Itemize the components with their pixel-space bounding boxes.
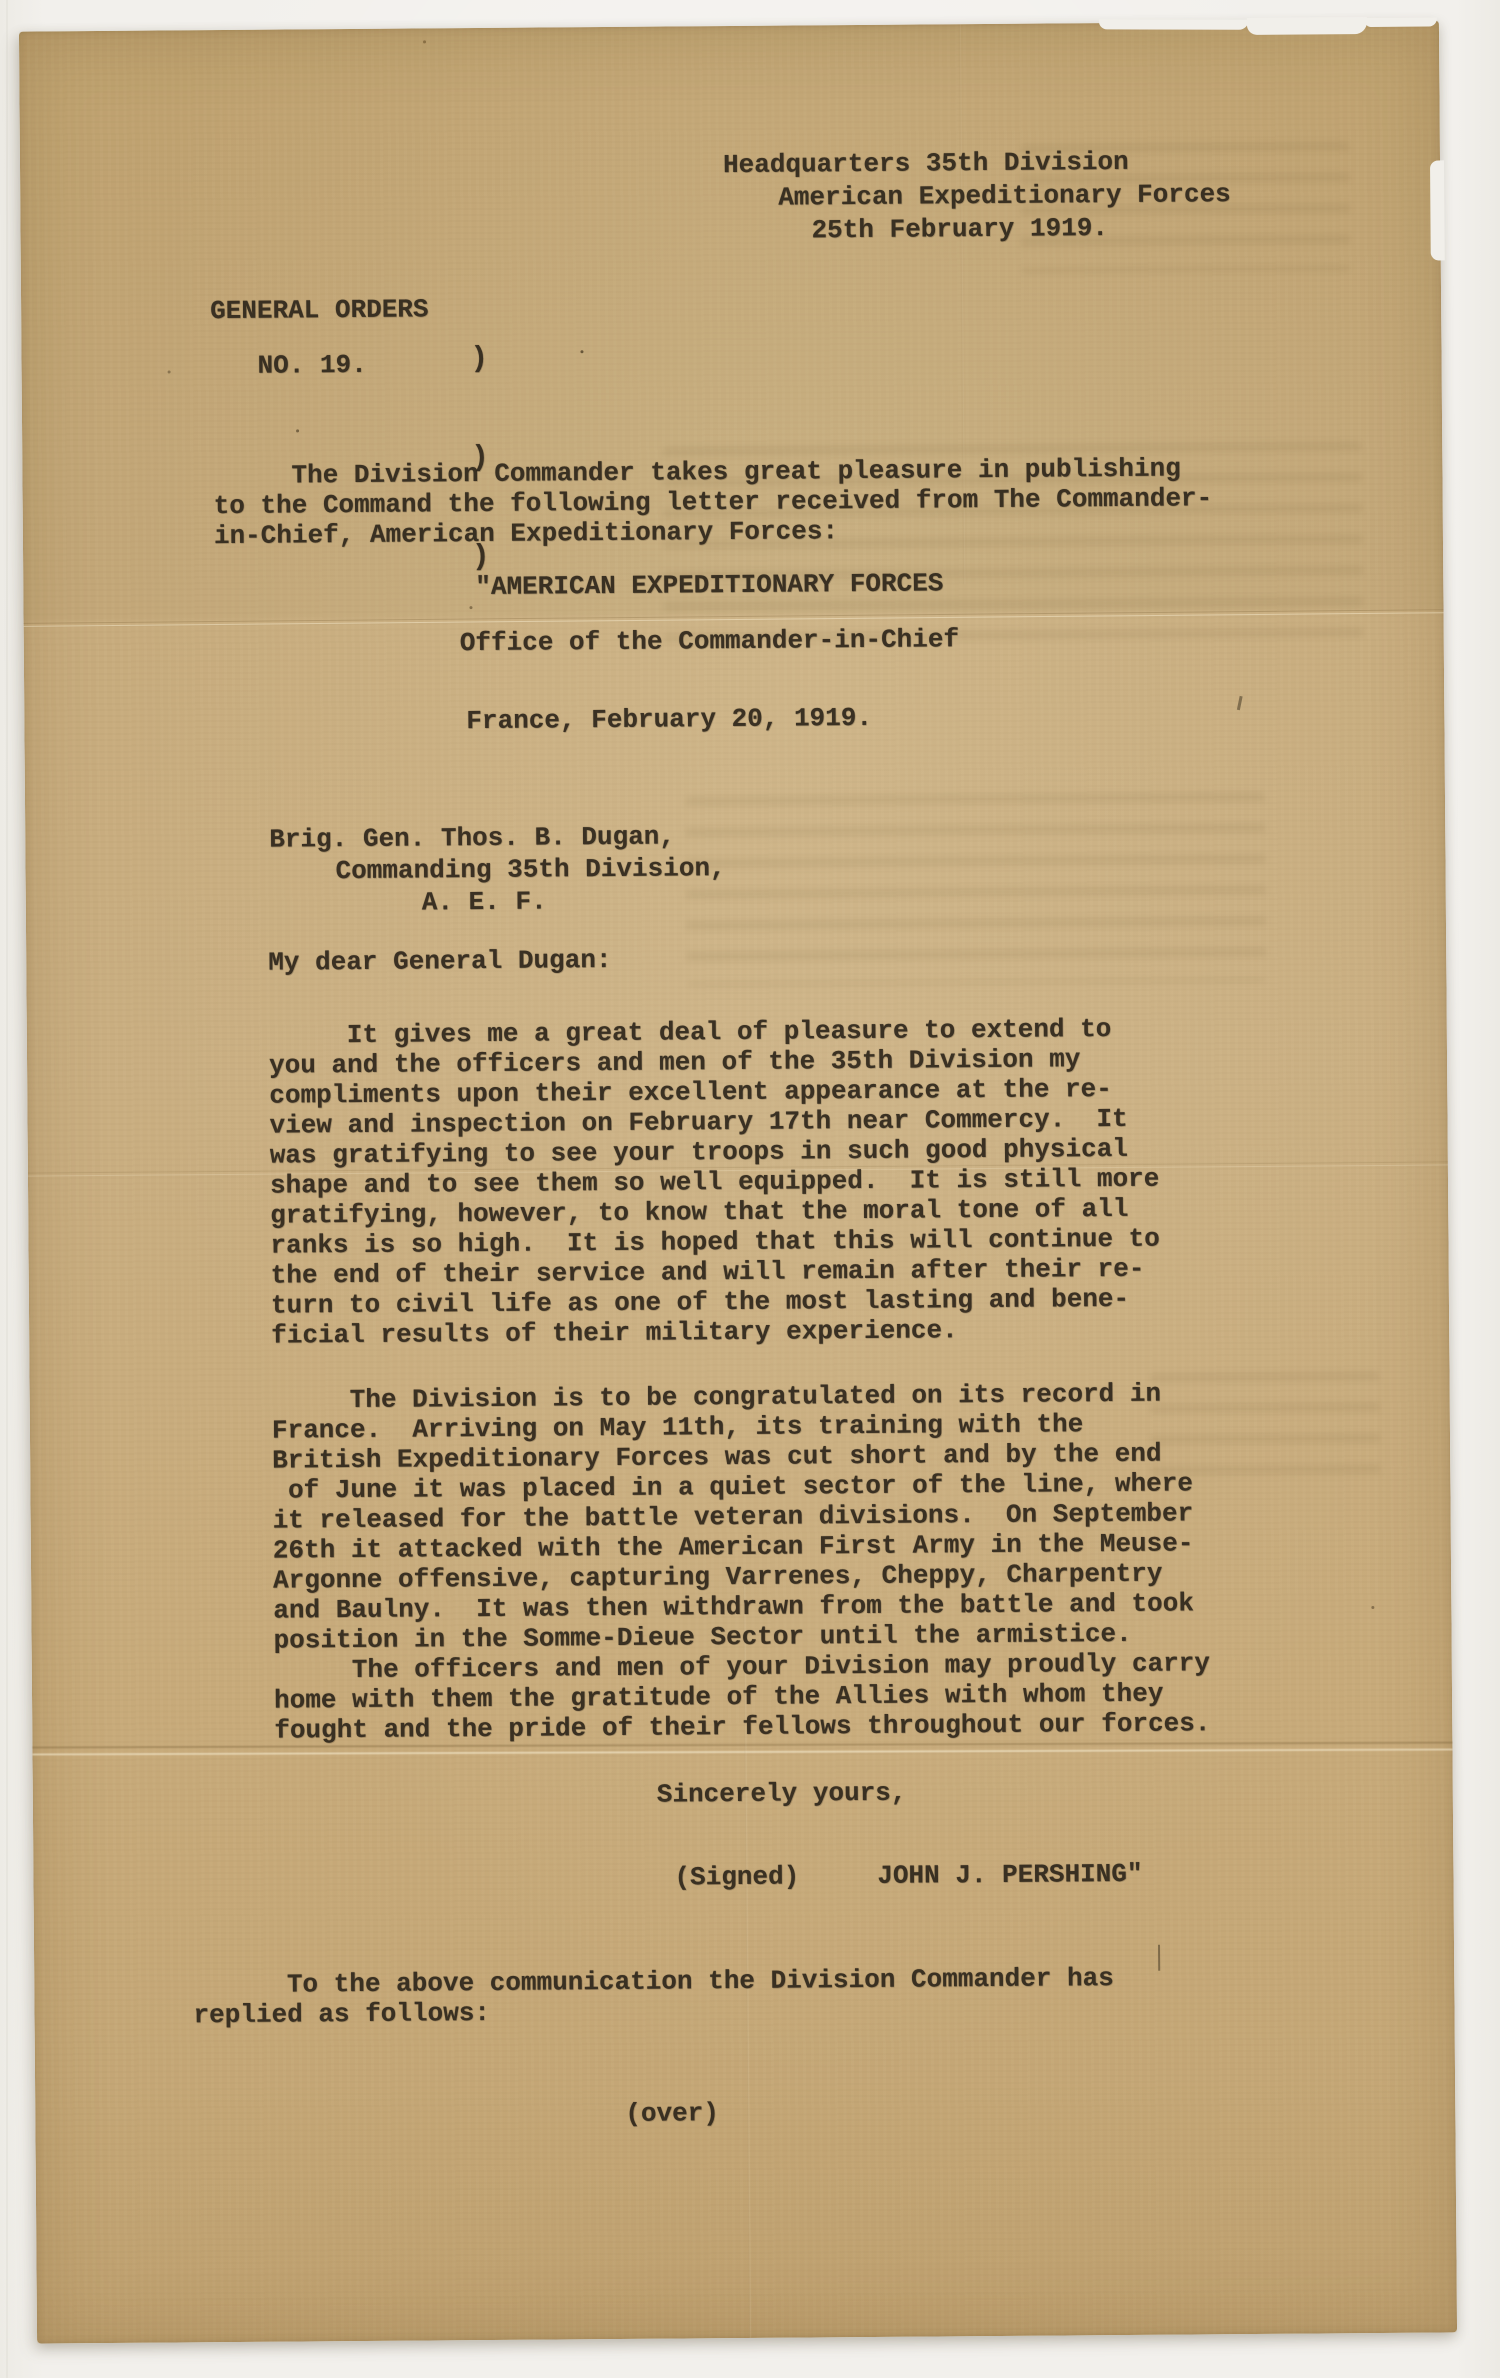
scanned-document-scene: Headquarters 35th Division American Expe… — [0, 0, 1500, 2378]
general-orders-label: GENERAL ORDERS — [210, 294, 429, 326]
brace-glyph: ) — [470, 341, 575, 375]
letter-paragraph-1: It gives me a great deal of pleasure to … — [269, 1014, 1161, 1351]
letter-dateline: France, February 20, 1919. — [466, 703, 872, 736]
over-note: (over) — [625, 2098, 719, 2129]
letter-office-line: Office of the Commander-in-Chief — [460, 624, 960, 658]
order-number: NO. 19. — [257, 350, 366, 381]
stray-ink-mark — [1158, 1945, 1160, 1971]
address-line-2: Commanding 35th Division, — [335, 853, 725, 886]
signature-line: (Signed) JOHN J. PERSHING" — [674, 1859, 1142, 1893]
torn-edge-notch — [1365, 17, 1437, 27]
postscript-paragraph: To the above communication the Division … — [193, 1963, 1114, 2030]
letter-paragraph-2: The Division is to be congratulated on i… — [272, 1378, 1195, 1655]
fold-crease — [24, 609, 1444, 627]
torn-edge-notch — [1430, 160, 1445, 260]
paper-tone-bottom — [35, 2070, 1457, 2343]
salutation: My dear General Dugan: — [268, 945, 611, 978]
letter-paragraph-3: The officers and men of your Division ma… — [274, 1648, 1211, 1745]
closing: Sincerely yours, — [657, 1778, 907, 1810]
document-page: Headquarters 35th Division American Expe… — [19, 20, 1457, 2343]
letterhead-date: 25th February 1919. — [811, 213, 1108, 245]
torn-edge-notch — [1247, 17, 1367, 35]
address-line-3: A. E. F. — [422, 886, 547, 917]
bleedthrough-smudge — [685, 792, 1266, 987]
fold-crease — [32, 1742, 1452, 1756]
stray-ink-mark — [1237, 696, 1243, 710]
paper-specks — [19, 32, 22, 35]
letterhead-line-2: American Expeditionary Forces — [778, 179, 1231, 213]
torn-edge-notch — [1099, 19, 1249, 29]
address-line-1: Brig. Gen. Thos. B. Dugan, — [269, 821, 675, 854]
intro-paragraph: The Division Commander takes great pleas… — [213, 453, 1212, 551]
letter-heading: "AMERICAN EXPEDITIONARY FORCES — [475, 568, 943, 602]
scanner-bed-scratch — [6, 0, 8, 2378]
letterhead-line-1: Headquarters 35th Division — [723, 147, 1129, 180]
